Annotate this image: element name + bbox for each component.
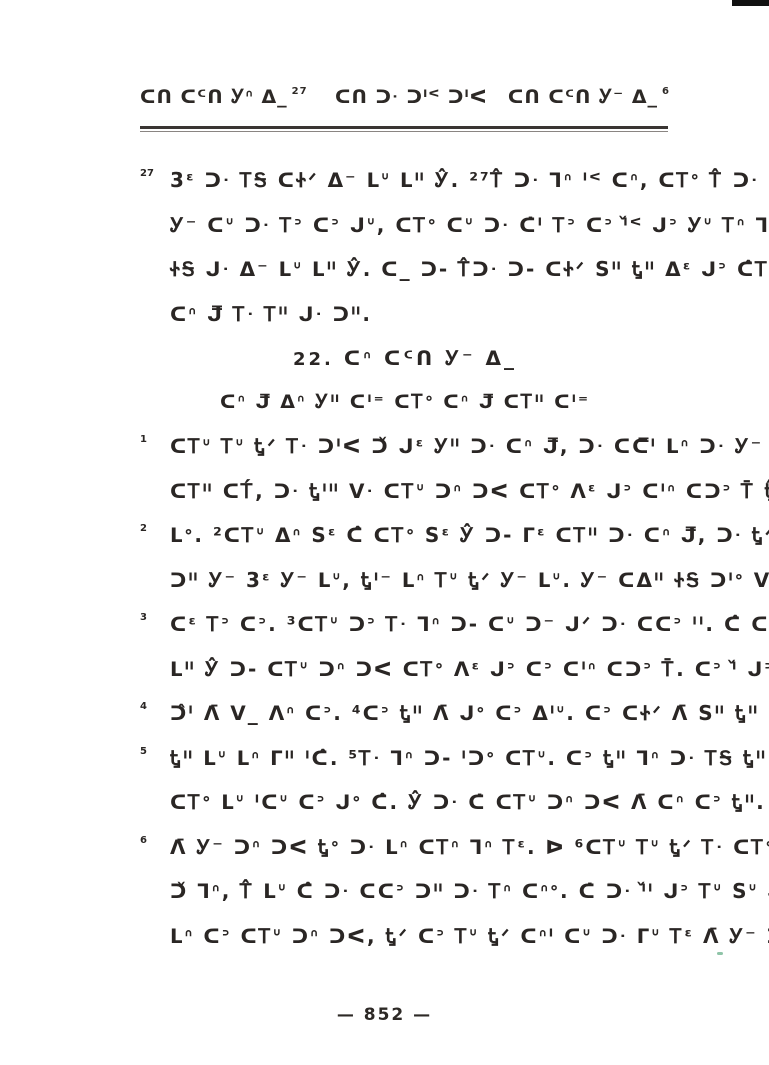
text-line: ᒪᐦ Ꭹ̂ ᑐ- ᑕᎢᐡ ᑐᐢ ᑐᐸ ᑕᎢᐤ ᐱᵋ ᒍᐣ ᑕᐣ ᑕᑊᐢ ᑕᑐᐣ … <box>140 647 670 692</box>
line-text: ᏐᎦ ᒍᐧ ᐃ⁻ ᒪᐡ ᒪᐦ Ꭹ̂. ᑕ_ ᑐ- Ꭲ̂ᑐᐧ ᑐ- ᑕᏐᐟ Sᐦ … <box>170 257 769 281</box>
text-line: ᒪᐢ ᑕᐣ ᑕᎢᐡ ᑐᐢ ᑐᐸ, Ꮏᐟ ᑕᐣ Ꭲᐡ Ꮏᐟ ᑕᐢᑊ ᑕᐡ ᑐᐧ ᒥ… <box>140 914 670 959</box>
line-text: ᐱ̄ Ꭹ⁻ ᑐᐢ ᑐᐸ Ꮏᐤ ᑐᐧ ᒪᐢ ᑕᎢᐢ ᒣᐢ Ꭲᵋ. ᐅ ⁶ᑕᎢᐡ Ꭲ… <box>170 835 769 859</box>
verse-number: 3 <box>140 596 147 640</box>
line-text: Ꮏᐦ ᒪᐡ ᒪᐢ ᒥᐦ ᑊᑕ̂. ⁵Ꭲᐧ ᒣᐢ ᑐ- ᑊᑐᐤ ᑕᎢᐡ. ᑕᐣ Ꮏ… <box>170 746 767 770</box>
verse-number: 6 <box>140 819 147 863</box>
line-text: ᑕᵋ Ꭲᐣ ᑕᐣ. ³ᑕᎢᐡ ᑐᐣ Ꭲᐧ ᒣᐢ ᑐ- ᑕᐡ ᑐ⁻ ᒍᐟ ᑐᐧ ᑕ… <box>170 612 769 636</box>
header-rule <box>140 126 668 129</box>
verse-number: 27 <box>140 152 154 196</box>
line-text: ᒪᐤ. ²ᑕᎢᐡ ᐃᐢ Sᵋ ᑕ̂ ᑕᎢᐤ Sᵋ Ꭹ̂ ᑐ- ᒥᵋ ᑕᎢᐦ ᑐᐧ… <box>170 523 769 547</box>
text-line: ᑕᎢᐦ ᑕᎢ́, ᑐᐧ Ꮏᑊᐦ ᐯᐧ ᑕᎢᐡ ᑐᐢ ᑐᐸ ᑕᎢᐤ ᐱᵋ ᒍᐣ ᑕ… <box>140 469 670 514</box>
text-line: 3ᑕᵋ Ꭲᐣ ᑕᐣ. ³ᑕᎢᐡ ᑐᐣ Ꭲᐧ ᒣᐢ ᑐ- ᑕᐡ ᑐ⁻ ᒍᐟ ᑐᐧ … <box>140 602 670 647</box>
line-text: Ꭹ⁻ ᑕᐡ ᑐᐧ Ꭲᐣ ᑕᐣ ᒍᐡ, ᑕᎢᐤ ᑕᐡ ᑐᐧ ᑕ̇ᑊ Ꭲᐣ ᑕᐣ ᑊ… <box>170 213 769 237</box>
line-text: 3ᵋ ᑐᐧ ᎢᎦ ᑕᏐᐟ ᐃ⁻ ᒪᐡ ᒪᐦ Ꭹ̂. ²⁷Ꭲ̂ ᑐᐧ ᒣᐢ ᑊᑉ … <box>170 168 759 192</box>
chapter-number: 22. <box>293 349 334 370</box>
header-left-verse: 27 <box>292 86 308 97</box>
line-text: ᑐ̂ᑊ ᐱ̄ ᐯ_ ᐱᐢ ᑕᐣ. ⁴ᑕᐣ Ꮏᐦ ᐱ̄ ᒍᐤ ᑕᐣ ᐃᑊᐡ. ᑕᐣ… <box>170 701 769 725</box>
line-text: ᑐᐦ Ꭹ⁻ 3ᵋ Ꭹ⁻ ᒪᐡ, Ꮏᑊ⁻ ᒪᐢ Ꭲᐡ Ꮏᐟ Ꭹ⁻ ᒪᐡ. Ꭹ⁻ ᑕ… <box>170 568 769 592</box>
chapter-title-text: ᑕᐢ ᑕᑦᑎ Ꭹ⁻ ᐃ_ <box>344 346 517 370</box>
header-left: ᑕᑎ ᑕᑦᑎ Ꭹᐢ ᐃ_27 <box>140 86 308 108</box>
line-text: ᒪᐢ ᑕᐣ ᑕᎢᐡ ᑐᐢ ᑐᐸ, Ꮏᐟ ᑕᐣ Ꭲᐡ Ꮏᐟ ᑕᐢᑊ ᑕᐡ ᑐᐧ ᒥ… <box>170 924 769 948</box>
page-body: 273ᵋ ᑐᐧ ᎢᎦ ᑕᏐᐟ ᐃ⁻ ᒪᐡ ᒪᐦ Ꭹ̂. ²⁷Ꭲ̂ ᑐᐧ ᒣᐢ ᑊ… <box>140 158 670 958</box>
header-left-text: ᑕᑎ ᑕᑦᑎ Ꭹᐢ ᐃ_ <box>140 86 288 108</box>
text-line: 4ᑐ̂ᑊ ᐱ̄ ᐯ_ ᐱᐢ ᑕᐣ. ⁴ᑕᐣ Ꮏᐦ ᐱ̄ ᒍᐤ ᑕᐣ ᐃᑊᐡ. ᑕ… <box>140 691 670 736</box>
page-number: — 852 — <box>0 1005 769 1025</box>
line-text: ᑕᎢᐤ ᒪᐡ ᑊᑕᐡ ᑕᐣ ᒍᐤ ᑕ̂. Ꭹ̂ ᑐᐧ ᑕ̇ ᑕᎢᐡ ᑐᐢ ᑐᐸ … <box>170 790 769 814</box>
scan-edge-mark <box>732 0 769 6</box>
text-line: ᑕᐢ ᒍ̿ Ꭲᐧ Ꭲᐦ ᒍᐧ ᑐᐦ. <box>140 292 670 337</box>
header-rule-thin <box>140 131 668 132</box>
line-text: ᑐ̌ ᒣᐢ, Ꭲ̂ ᒪᐡ ᑕ̂ ᑐᐧ ᑕᑕᐣ ᑐᐦ ᑐᐧ Ꭲᐢ ᑕᐢᐤ. ᑕ̇ … <box>170 879 769 903</box>
chapter-title: 22.ᑕᐢ ᑕᑦᑎ Ꭹ⁻ ᐃ_ <box>140 336 670 380</box>
text-line: ᏐᎦ ᒍᐧ ᐃ⁻ ᒪᐡ ᒪᐦ Ꭹ̂. ᑕ_ ᑐ- Ꭲ̂ᑐᐧ ᑐ- ᑕᏐᐟ Sᐦ … <box>140 247 670 292</box>
verse-number: 4 <box>140 685 147 729</box>
text-line: 1ᑕᎢᐡ Ꭲᐡ Ꮏᐟ Ꭲᐧ ᑐᑊᐸ ᑐ̌ ᒍᵋ Ꭹᐦ ᑐᐧ ᑕᐢ ᒍ̿, ᑐᐧ … <box>140 424 670 469</box>
verse-number: 2 <box>140 507 147 551</box>
header-right-verse: 6 <box>662 86 670 97</box>
chapter-subtitle: ᑕᐢ ᒍ̿ ᐃᐢ Ꭹᐦ ᑕᑊ⁼ ᑕᎢᐤ ᑕᐢ ᒍ̿ ᑕᎢᐦ ᑕᑊ⁼ <box>140 380 670 424</box>
verse-number: 1 <box>140 418 147 462</box>
running-header: ᑕᑎ ᑕᑦᑎ Ꭹᐢ ᐃ_27 ᑕᑎ ᑐᐧ ᑐᑊᑉ ᑐᑊᐸ ᑕᑎ ᑕᑦᑎ Ꭹ⁻ ᐃ… <box>140 86 670 116</box>
text-line: 5Ꮏᐦ ᒪᐡ ᒪᐢ ᒥᐦ ᑊᑕ̂. ⁵Ꭲᐧ ᒣᐢ ᑐ- ᑊᑐᐤ ᑕᎢᐡ. ᑕᐣ … <box>140 736 670 781</box>
text-line: Ꭹ⁻ ᑕᐡ ᑐᐧ Ꭲᐣ ᑕᐣ ᒍᐡ, ᑕᎢᐤ ᑕᐡ ᑐᐧ ᑕ̇ᑊ Ꭲᐣ ᑕᐣ ᑊ… <box>140 203 670 248</box>
line-text: ᑕᐢ ᒍ̿ Ꭲᐧ Ꭲᐦ ᒍᐧ ᑐᐦ. <box>170 302 372 326</box>
line-text: ᑕᎢᐦ ᑕᎢ́, ᑐᐧ Ꮏᑊᐦ ᐯᐧ ᑕᎢᐡ ᑐᐢ ᑐᐸ ᑕᎢᐤ ᐱᵋ ᒍᐣ ᑕ… <box>170 479 769 503</box>
text-line: 2ᒪᐤ. ²ᑕᎢᐡ ᐃᐢ Sᵋ ᑕ̂ ᑕᎢᐤ Sᵋ Ꭹ̂ ᑐ- ᒥᵋ ᑕᎢᐦ ᑐ… <box>140 513 670 558</box>
header-center: ᑕᑎ ᑐᐧ ᑐᑊᑉ ᑐᑊᐸ <box>335 86 488 108</box>
header-right: ᑕᑎ ᑕᑦᑎ Ꭹ⁻ ᐃ_6 <box>508 86 670 108</box>
verse-number: 5 <box>140 730 147 774</box>
line-text: ᒪᐦ Ꭹ̂ ᑐ- ᑕᎢᐡ ᑐᐢ ᑐᐸ ᑕᎢᐤ ᐱᵋ ᒍᐣ ᑕᐣ ᑕᑊᐢ ᑕᑐᐣ … <box>170 657 769 681</box>
scan-speck <box>717 952 723 955</box>
text-line: ᑐᐦ Ꭹ⁻ 3ᵋ Ꭹ⁻ ᒪᐡ, Ꮏᑊ⁻ ᒪᐢ Ꭲᐡ Ꮏᐟ Ꭹ⁻ ᒪᐡ. Ꭹ⁻ ᑕ… <box>140 558 670 603</box>
text-line: ᑕᎢᐤ ᒪᐡ ᑊᑕᐡ ᑕᐣ ᒍᐤ ᑕ̂. Ꭹ̂ ᑐᐧ ᑕ̇ ᑕᎢᐡ ᑐᐢ ᑐᐸ … <box>140 780 670 825</box>
text-line: 6ᐱ̄ Ꭹ⁻ ᑐᐢ ᑐᐸ Ꮏᐤ ᑐᐧ ᒪᐢ ᑕᎢᐢ ᒣᐢ Ꭲᵋ. ᐅ ⁶ᑕᎢᐡ … <box>140 825 670 870</box>
text-line: 273ᵋ ᑐᐧ ᎢᎦ ᑕᏐᐟ ᐃ⁻ ᒪᐡ ᒪᐦ Ꭹ̂. ²⁷Ꭲ̂ ᑐᐧ ᒣᐢ ᑊ… <box>140 158 670 203</box>
text-line: ᑐ̌ ᒣᐢ, Ꭲ̂ ᒪᐡ ᑕ̂ ᑐᐧ ᑕᑕᐣ ᑐᐦ ᑐᐧ Ꭲᐢ ᑕᐢᐤ. ᑕ̇ … <box>140 869 670 914</box>
line-text: ᑕᎢᐡ Ꭲᐡ Ꮏᐟ Ꭲᐧ ᑐᑊᐸ ᑐ̌ ᒍᵋ Ꭹᐦ ᑐᐧ ᑕᐢ ᒍ̿, ᑐᐧ ᑕ… <box>170 434 769 458</box>
header-right-text: ᑕᑎ ᑕᑦᑎ Ꭹ⁻ ᐃ_ <box>508 86 658 108</box>
